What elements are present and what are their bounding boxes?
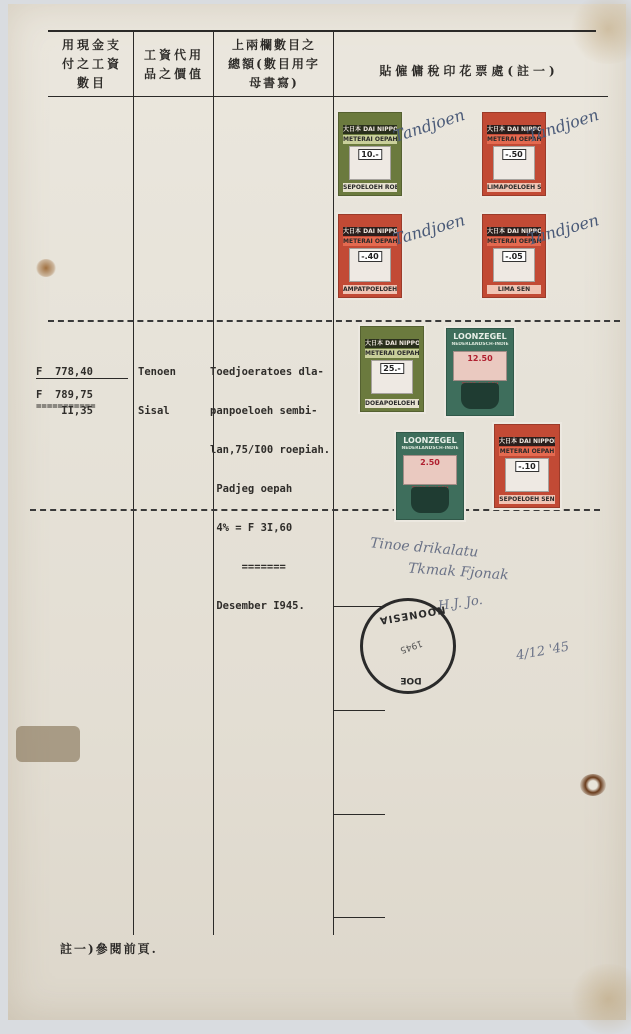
corner-stain xyxy=(568,964,631,1024)
stain-mark xyxy=(36,259,56,277)
tax-stamp: 大日本 DAI NIPPONMETERAI OEPAH10.-SEPOELOEH… xyxy=(338,112,402,196)
tape-mark xyxy=(16,726,80,762)
postmark-top-text: NOONESIA xyxy=(377,603,448,626)
column-divider xyxy=(333,30,334,935)
document-page: 用現金支 付之工資 數目 工資代用 品之價值 上兩欄數目之 總額(數目用字 母書… xyxy=(8,4,626,1020)
corner-stain xyxy=(568,0,631,64)
stamp-subtitle: NEDERLANDSCH-INDIË xyxy=(451,342,509,348)
tax-stamp: LOONZEGELNEDERLANDSCH-INDIË2.50TWEE GULD… xyxy=(396,432,464,520)
stamp-value-panel: 12.50 xyxy=(453,351,507,381)
column-divider xyxy=(133,30,134,935)
stamp-value: 25.- xyxy=(380,363,404,374)
stamp-subtitle: METERAI OEPAH xyxy=(343,237,397,246)
stamp-value-panel: 2.50 xyxy=(403,455,457,485)
handwritten-signature: Tkmak Fjonak xyxy=(408,561,510,584)
stamp-value: -.10 xyxy=(515,461,539,472)
stamp-caption: AMPATPOELOEH SEN xyxy=(343,285,397,294)
goods-in-lieu-text: Tenoen Sisal xyxy=(138,340,176,444)
dashed-separator xyxy=(48,320,620,322)
tax-stamp: LOONZEGELNEDERLANDSCH-INDIË12.50TWEE GUL… xyxy=(446,328,514,416)
postmark-date: 1945 xyxy=(381,631,441,661)
stamp-caption: SEPOELOEH ROEPIAH xyxy=(343,183,397,192)
rust-hole xyxy=(580,774,606,796)
stamp-header: LOONZEGEL xyxy=(401,436,459,446)
rule-line xyxy=(333,710,385,711)
rule-line xyxy=(333,606,385,607)
handwritten-date: 4/12 '45 xyxy=(515,639,570,663)
header-total-in-words: 上兩欄數目之 總額(數目用字 母書寫) xyxy=(214,36,334,93)
header-bottom-border xyxy=(48,96,608,97)
stamp-header: LOONZEGEL xyxy=(451,332,509,342)
total-in-words-text: Toedjoeratoes dla- panpoeloeh sembi- lan… xyxy=(210,340,330,639)
stamp-value-panel: 10.- xyxy=(349,146,391,180)
coat-of-arms-icon xyxy=(461,383,499,409)
stamp-value: 10.- xyxy=(358,149,382,160)
cash-wages-total-underline: =========== xyxy=(36,401,96,414)
postmark-bottom-text: DOE xyxy=(393,675,429,685)
stamp-value-panel: -.05 xyxy=(493,248,535,282)
rule-line xyxy=(333,917,385,918)
stamp-value: -.40 xyxy=(358,251,382,262)
stamp-subtitle: METERAI OEPAH xyxy=(343,135,397,144)
stamp-value-panel: -.50 xyxy=(493,146,535,180)
header-stamp-area: 貼僱傭稅印花票處(註一) xyxy=(334,62,604,81)
stamp-header: 大日本 DAI NIPPON xyxy=(343,227,397,236)
tax-stamp: 大日本 DAI NIPPONMETERAI OEPAH25.-DOEAPOELO… xyxy=(360,326,424,412)
cancel-signature: Tandjoen xyxy=(391,105,467,146)
stamp-value: 12.50 xyxy=(465,354,494,363)
table-top-border xyxy=(48,30,596,32)
coat-of-arms-icon xyxy=(411,487,449,513)
stamp-caption: LIMA SEN xyxy=(487,285,541,294)
stamp-header: 大日本 DAI NIPPON xyxy=(499,437,555,446)
stamp-value-panel: -.10 xyxy=(505,458,549,492)
stamp-caption: LIMAPOELOEH SEN xyxy=(487,183,541,192)
cancel-signature: Tandjoen xyxy=(391,210,467,249)
tax-stamp: 大日本 DAI NIPPONMETERAI OEPAH-.10SEPOELOEH… xyxy=(494,424,560,508)
stamp-header: 大日本 DAI NIPPON xyxy=(343,125,397,134)
stamp-subtitle: NEDERLANDSCH-INDIË xyxy=(401,446,459,452)
stamp-value: 2.50 xyxy=(418,458,442,467)
stamp-value-panel: 25.- xyxy=(371,360,413,394)
sum-line xyxy=(36,378,128,379)
stamp-value-panel: -.40 xyxy=(349,248,391,282)
stamp-caption: SEPOELOEH SEN xyxy=(499,495,555,504)
header-goods-in-lieu: 工資代用 品之價值 xyxy=(134,46,214,84)
header-cash-wages: 用現金支 付之工資 數目 xyxy=(52,36,132,93)
stamp-caption: DOEAPOELOEH LIMA ROEPIAH xyxy=(365,399,419,408)
handwritten-signature: Tinoe drikalatu xyxy=(370,535,479,560)
stamp-value: -.50 xyxy=(502,149,526,160)
tax-stamp: 大日本 DAI NIPPONMETERAI OEPAH-.40AMPATPOEL… xyxy=(338,214,402,298)
postmark: NOONESIA 1945 DOE xyxy=(360,598,456,694)
stamp-subtitle: METERAI OEPAH xyxy=(365,349,419,358)
stamp-subtitle: METERAI OEPAH xyxy=(499,447,555,456)
stamp-header: 大日本 DAI NIPPON xyxy=(365,339,419,348)
stamp-value: -.05 xyxy=(502,251,526,262)
rule-line xyxy=(333,814,385,815)
footnote: 註一)參閱前頁. xyxy=(60,940,158,957)
